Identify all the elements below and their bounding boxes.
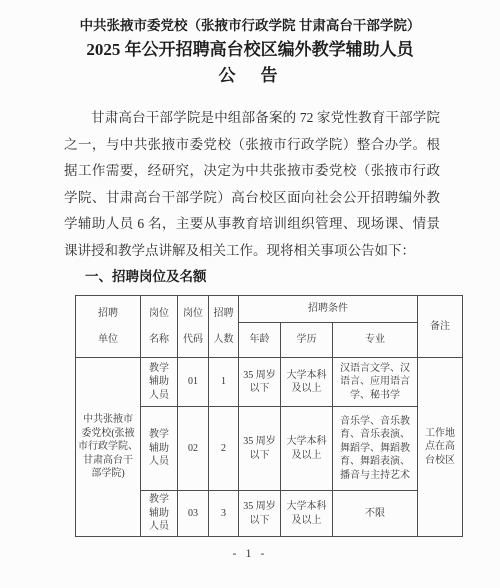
cell-code: 02 <box>178 407 209 491</box>
section-heading-positions: 一、招聘岗位及名额 <box>64 264 440 290</box>
header-cell-age: 年龄 <box>239 323 281 358</box>
document-title-institution: 中共张掖市委党校（张掖市行政学院 甘肃高台干部学院） <box>0 15 500 37</box>
cell-count: 1 <box>209 358 239 407</box>
header-cell-education: 学历 <box>281 323 333 358</box>
cell-count: 3 <box>209 491 239 537</box>
cell-major: 不限 <box>333 491 418 537</box>
cell-code: 01 <box>178 358 209 407</box>
header-cell-remark: 备注 <box>418 296 463 358</box>
cell-education: 大学本科 及以上 <box>281 491 333 537</box>
cell-major: 汉语言文学、汉 语言、应用语言 学、秘书学 <box>333 358 418 407</box>
cell-position: 教学 辅助 人员 <box>141 358 178 407</box>
cell-age: 35 周岁 以下 <box>239 491 281 537</box>
table-header-row-1: 招聘 单位 岗位 名称 岗位 代码 招聘 人数 招聘条件 备注 <box>76 296 463 323</box>
cell-position: 教学 辅助 人员 <box>141 491 178 537</box>
cell-remark-merged: 工作地 点在高 台校区 <box>418 358 463 537</box>
header-cell-major: 专业 <box>333 323 418 358</box>
header-cell-unit: 招聘 单位 <box>76 296 141 358</box>
announcement-document: 中共张掖市委党校（张掖市行政学院 甘肃高台干部学院） 2025 年公开招聘高台校… <box>0 0 500 588</box>
header-cell-count: 招聘 人数 <box>209 296 239 358</box>
cell-position: 教学 辅助 人员 <box>141 407 178 491</box>
cell-unit-merged: 中共张掖市 委党校(张掖 市行政学院、 甘肃高台干 部学院) <box>76 358 141 537</box>
header-cell-conditions: 招聘条件 <box>239 296 418 323</box>
document-title-main: 2025 年公开招聘高台校区编外教学辅助人员 <box>0 37 500 63</box>
cell-age: 35 周岁 以下 <box>239 407 281 491</box>
cell-count: 2 <box>209 407 239 491</box>
header-cell-position: 岗位 名称 <box>141 296 178 358</box>
table-row: 中共张掖市 委党校(张掖 市行政学院、 甘肃高台干 部学院) 教学 辅助 人员 … <box>76 358 463 407</box>
page-number: - 1 - <box>0 546 500 561</box>
cell-major: 音乐学、音乐教 育、音乐表演、 舞蹈学、舞蹈教 育、舞蹈表演、 播音与主持艺术 <box>333 407 418 491</box>
cell-education: 大学本科 及以上 <box>281 407 333 491</box>
cell-age: 35 周岁 以下 <box>239 358 281 407</box>
intro-paragraph: 甘肃高台干部学院是中组部备案的 72 家党性教育干部学院之一，与中共张掖市委党校… <box>64 105 440 264</box>
recruitment-table: 招聘 单位 岗位 名称 岗位 代码 招聘 人数 招聘条件 备注 年龄 学历 专业… <box>75 295 463 537</box>
cell-code: 03 <box>178 491 209 537</box>
cell-education: 大学本科 及以上 <box>281 358 333 407</box>
header-cell-code: 岗位 代码 <box>178 296 209 358</box>
document-title-announcement: 公 告 <box>0 63 500 89</box>
